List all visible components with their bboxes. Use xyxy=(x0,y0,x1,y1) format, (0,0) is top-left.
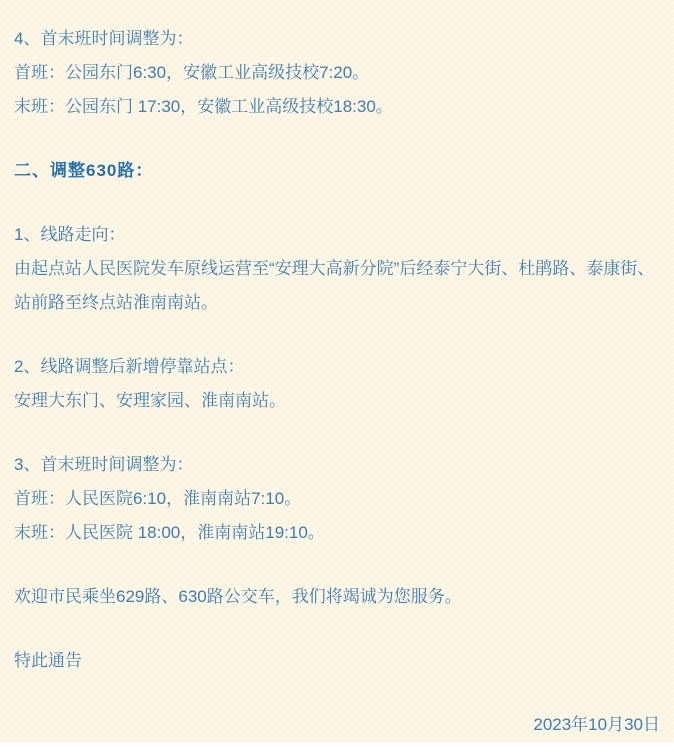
bottom-whitespace xyxy=(0,742,674,756)
item4-schedule-block: 4、首末班时间调整为： 首班：公园东门6:30，安徽工业高级技校7:20。 末班… xyxy=(14,22,660,124)
route-direction-text: 由起点站人民医院发车原线运营至“安理大高新分院”后经泰宁大街、杜鹃路、泰康街、站… xyxy=(14,252,660,320)
section2-heading-block: 二、调整630路： xyxy=(14,154,660,188)
item3-title: 3、首末班时间调整为： xyxy=(14,448,660,482)
notice-page: 4、首末班时间调整为： 首班：公园东门6:30，安徽工业高级技校7:20。 末班… xyxy=(0,0,674,756)
notice-body: 4、首末班时间调整为： 首班：公园东门6:30，安徽工业高级技校7:20。 末班… xyxy=(0,0,674,742)
item4-title: 4、首末班时间调整为： xyxy=(14,22,660,56)
new-stops-block: 2、线路调整后新增停靠站点： 安理大东门、安理家园、淮南南站。 xyxy=(14,350,660,418)
item4-first-bus: 首班：公园东门6:30，安徽工业高级技校7:20。 xyxy=(14,56,660,90)
item3-schedule-block: 3、首末班时间调整为： 首班：人民医院6:10，淮南南站7:10。 末班：人民医… xyxy=(14,448,660,550)
closing-block: 欢迎市民乘坐629路、630路公交车，我们将竭诚为您服务。 xyxy=(14,580,660,614)
date-block: 2023年10月30日 xyxy=(14,708,660,742)
route-direction-block: 1、线路走向： 由起点站人民医院发车原线运营至“安理大高新分院”后经泰宁大街、杜… xyxy=(14,218,660,320)
closing-line: 欢迎市民乘坐629路、630路公交车，我们将竭诚为您服务。 xyxy=(14,580,660,614)
section2-heading: 二、调整630路： xyxy=(14,154,660,188)
new-stops-list: 安理大东门、安理家园、淮南南站。 xyxy=(14,384,660,418)
notice-date: 2023年10月30日 xyxy=(14,708,660,742)
item4-last-bus: 末班：公园东门 17:30，安徽工业高级技校18:30。 xyxy=(14,90,660,124)
item3-first-bus: 首班：人民医院6:10，淮南南站7:10。 xyxy=(14,482,660,516)
signature-line: 特此通告 xyxy=(14,644,660,678)
new-stops-title: 2、线路调整后新增停靠站点： xyxy=(14,350,660,384)
item3-last-bus: 末班：人民医院 18:00，淮南南站19:10。 xyxy=(14,516,660,550)
signature-block: 特此通告 xyxy=(14,644,660,678)
route-direction-title: 1、线路走向： xyxy=(14,218,660,252)
